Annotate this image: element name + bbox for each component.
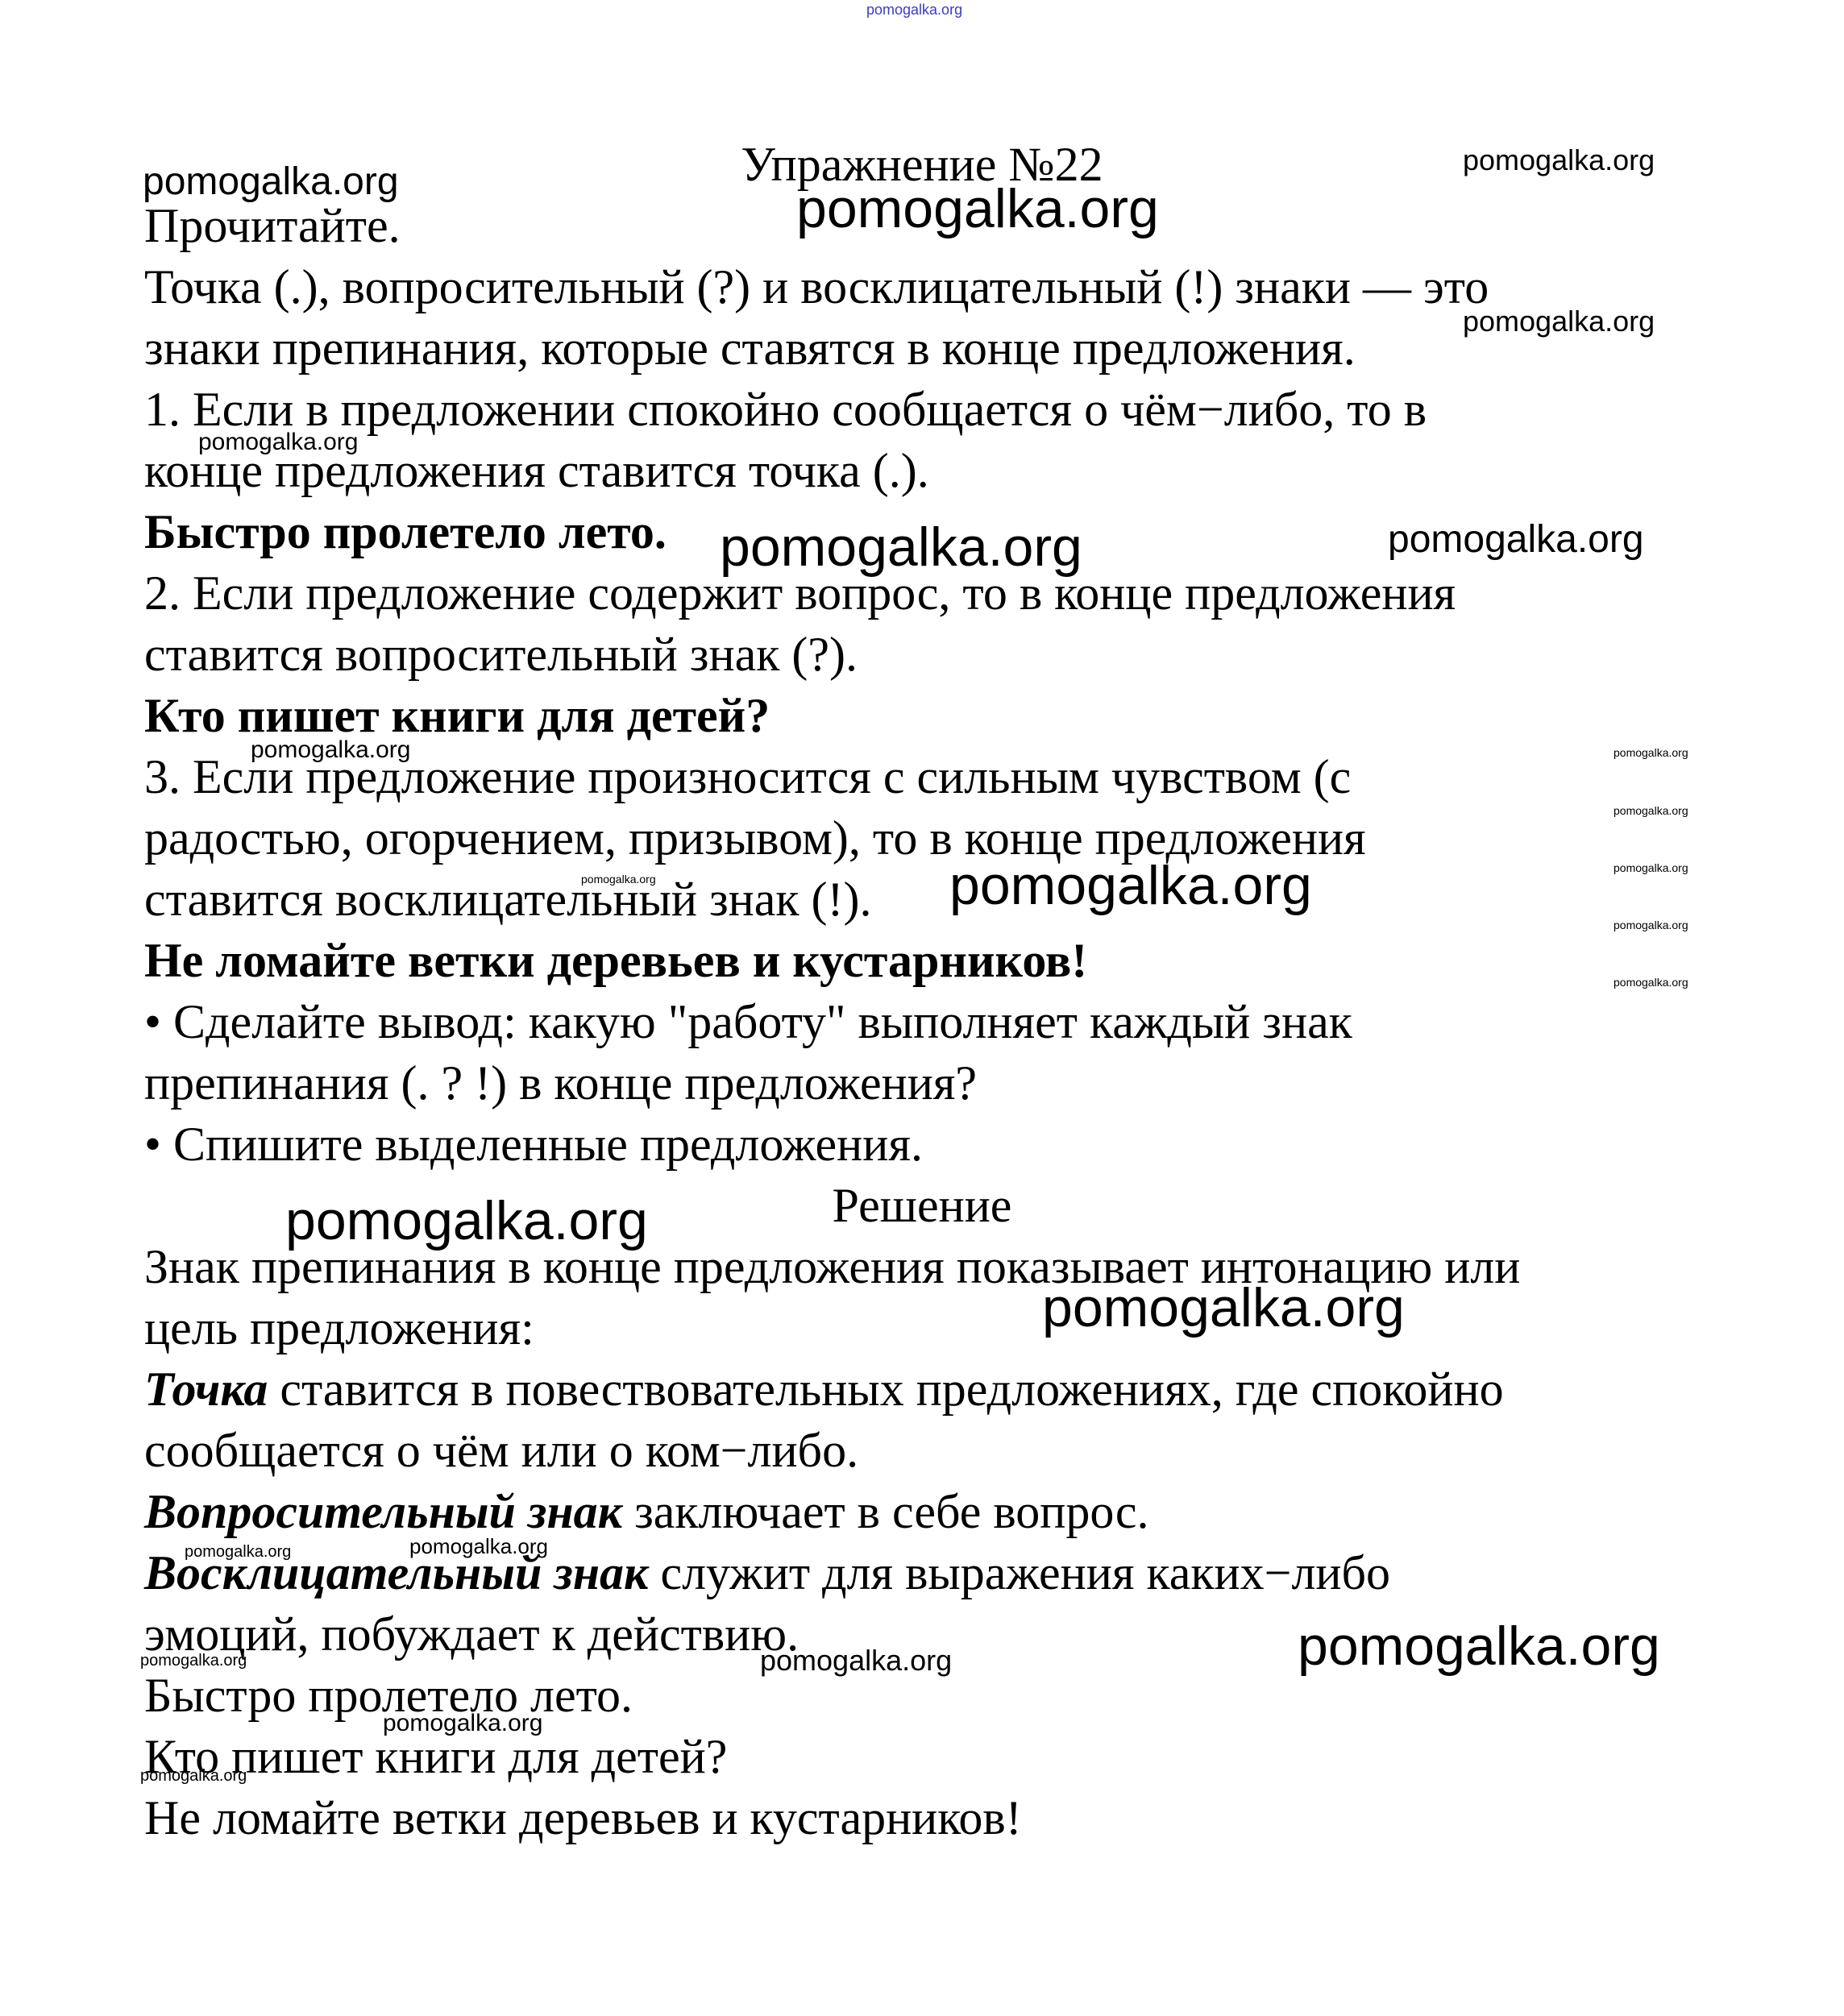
solution-intro-line: цель предложения: [144,1297,534,1359]
example-3: Не ломайте ветки деревьев и кустарников! [144,930,1087,991]
watermark: pomogalka.org [1613,746,1688,759]
exercise-title: Упражнение №22 [0,134,1844,195]
instruction: Прочитайте. [144,195,401,256]
task-line: • Сделайте вывод: какую "работу" выполня… [144,991,1352,1052]
rule-2-line: ставится вопросительный знак (?). [144,624,858,685]
intro-line: знаки препинания, которые ставятся в кон… [144,317,1356,379]
copied-sentence: Кто пишет книги для детей? [144,1726,727,1787]
term-period: Точка [144,1363,268,1416]
watermark: pomogalka.org [1298,1615,1660,1678]
task-line: • Спишите выделенные предложения. [144,1114,923,1175]
watermark: pomogalka.org [1613,861,1688,874]
watermark-top: pomogalka.org [866,2,962,19]
term-exclamation: Восклицательный знак [144,1546,648,1599]
document-page: pomogalka.org pomogalka.org pomogalka.or… [0,0,1844,2016]
watermark: pomogalka.org [1613,976,1688,989]
rule-3-line: 3. Если предложение произносится с сильн… [144,746,1351,807]
intro-line: Точка (.), вопросительный (?) и восклица… [144,256,1489,317]
question-description: заключает в себе вопрос. [622,1485,1148,1538]
watermark: pomogalka.org [1613,804,1688,817]
solution-intro-line: Знак препинания в конце предложения пока… [144,1236,1520,1297]
example-2: Кто пишет книги для детей? [144,685,770,746]
solution-exclamation: Восклицательный знак служит для выражени… [144,1542,1390,1603]
copied-sentence: Не ломайте ветки деревьев и кустарников! [144,1787,1022,1848]
solution-period: Точка ставится в повествовательных предл… [144,1359,1504,1420]
watermark: pomogalka.org [1613,919,1688,931]
task-line: препинания (. ? !) в конце предложения? [144,1052,977,1114]
solution-question: Вопросительный знак заключает в себе воп… [144,1481,1149,1542]
copied-sentence: Быстро пролетело лето. [144,1665,633,1726]
watermark: pomogalka.org [1388,517,1644,562]
term-question: Вопросительный знак [144,1485,622,1538]
solution-heading: Решение [0,1175,1844,1236]
solution-period-line2: сообщается о чём или о ком−либо. [144,1420,858,1481]
rule-3-line: ставится восклицательный знак (!). [144,869,872,930]
period-description: ставится в повествовательных предложения… [268,1363,1503,1416]
exclamation-description: служит для выражения каких−либо [648,1546,1390,1599]
watermark: pomogalka.org [1463,305,1655,338]
rule-1-line: 1. Если в предложении спокойно сообщаетс… [144,379,1427,440]
rule-2-line: 2. Если предложение содержит вопрос, то … [144,562,1456,624]
solution-exclamation-line2: эмоций, побуждает к действию. [144,1603,799,1665]
rule-1-line: конце предложения ставится точка (.). [144,440,929,501]
rule-3-line: радостью, огорчением, призывом), то в ко… [144,807,1366,869]
example-1: Быстро пролетело лето. [144,501,667,562]
